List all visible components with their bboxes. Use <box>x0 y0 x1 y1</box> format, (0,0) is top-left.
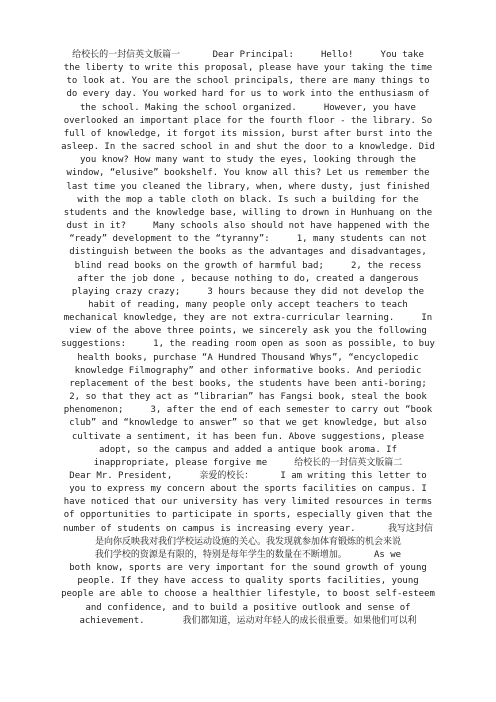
text-line: replacement of the best books, the stude… <box>0 378 496 391</box>
text-line: “ready” development to the “tyranny”: 1,… <box>0 233 496 246</box>
text-line: last time you cleaned the library, when,… <box>0 181 496 194</box>
text-line: 是向你反映我对我们学校运动设施的关心。我发现就参加体育锻炼的机会来说 <box>0 536 496 549</box>
text-line: window, “elusive” bookshelf. You know al… <box>0 167 496 180</box>
text-line: blind read books on the growth of harmfu… <box>0 260 496 273</box>
text-line: cultivate a sentiment, it has been fun. … <box>0 431 496 444</box>
text-line: club” and “knowledge to answer” so that … <box>0 417 496 430</box>
text-line: have noticed that our university has ver… <box>0 496 496 509</box>
text-line: full of knowledge, it forgot its mission… <box>0 128 496 141</box>
text-line: suggestions: 1, the reading room open as… <box>0 338 496 351</box>
text-line: of opportunities to participate in sport… <box>0 509 496 522</box>
text-line: the school. Making the school organized.… <box>0 102 496 115</box>
text-line: mechanical knowledge, they are not extra… <box>0 312 496 325</box>
text-line: you to express my concern about the spor… <box>0 483 496 496</box>
text-line: adopt, so the campus and added a antique… <box>0 444 496 457</box>
text-line: playing crazy crazy; 3 hours because the… <box>0 286 496 299</box>
text-line: people. If they have access to quality s… <box>0 575 496 588</box>
text-line: and confidence, and to build a positive … <box>0 602 496 615</box>
text-line: asleep. In the sacred school in and shut… <box>0 141 496 154</box>
text-line: students and the knowledge base, willing… <box>0 207 496 220</box>
text-line: with the mop a table cloth on black. Is … <box>0 194 496 207</box>
text-line: inappropriate, please forgive me 给校长的一封信… <box>0 457 496 470</box>
text-line: overlooked an important place for the fo… <box>0 115 496 128</box>
text-line: both know, sports are very important for… <box>0 562 496 575</box>
text-line: number of students on campus is increasi… <box>0 523 496 536</box>
text-line: to look at. You are the school principal… <box>0 75 496 88</box>
text-line: people are able to choose a healthier li… <box>0 588 496 601</box>
text-line: health books, purchase “A Hundred Thousa… <box>0 352 496 365</box>
document-text: 给校长的一封信英文版篇一 Dear Principal: Hello! You … <box>0 49 496 628</box>
text-line: do every day. You worked hard for us to … <box>0 88 496 101</box>
text-line: knowledge Filmography” and other informa… <box>0 365 496 378</box>
text-line: after the job done , because nothing to … <box>0 273 496 286</box>
text-line: Dear Mr. President, 亲爱的校长： I am writing … <box>0 470 496 483</box>
text-line: distinguish between the books as the adv… <box>0 246 496 259</box>
text-line: 2, so that they act as “librarian” has F… <box>0 391 496 404</box>
text-line: 给校长的一封信英文版篇一 Dear Principal: Hello! You … <box>0 49 496 62</box>
text-line: 我们学校的资源是有限的，特别是每年学生的数量在不断增加。 As we <box>0 549 496 562</box>
text-line: the liberty to write this proposal, plea… <box>0 62 496 75</box>
text-line: you know? How many want to study the eye… <box>0 154 496 167</box>
text-line: habit of reading, many people only accep… <box>0 299 496 312</box>
document-page: 给校长的一封信英文版篇一 Dear Principal: Hello! You … <box>0 0 496 702</box>
text-line: dust in it? Many schools also should not… <box>0 220 496 233</box>
text-line: phenomenon; 3, after the end of each sem… <box>0 404 496 417</box>
text-line: view of the above three points, we since… <box>0 325 496 338</box>
text-line: achievement. 我们都知道，运动对年轻人的成长很重要。如果他们可以利 <box>0 615 496 628</box>
